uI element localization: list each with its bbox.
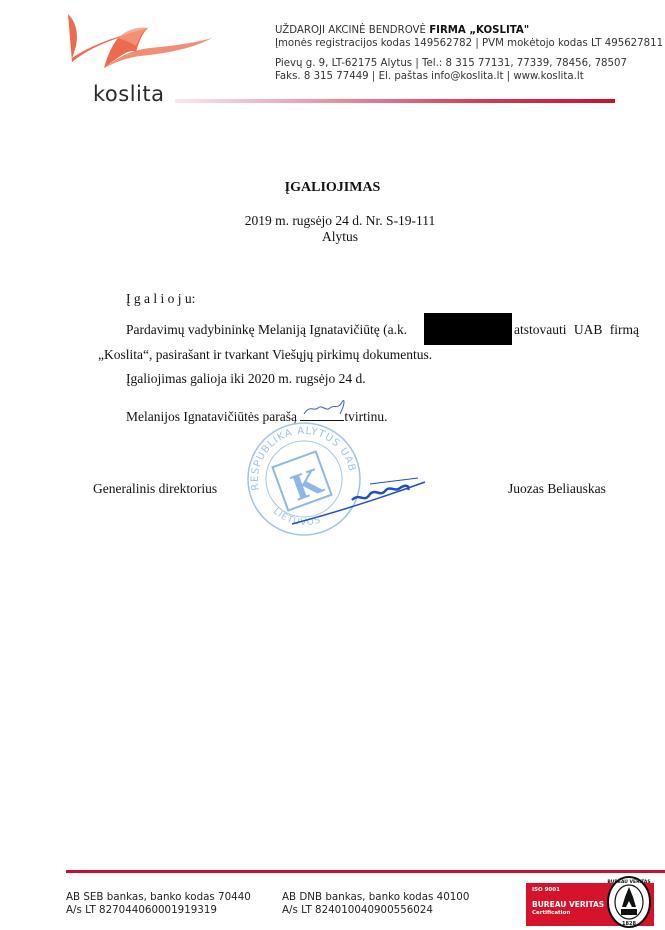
- bureau-veritas-seal-icon: BUREAU VERITAS 1828: [606, 875, 652, 929]
- document-place: Alytus: [0, 229, 665, 245]
- bank1-name: AB SEB bankas, banko kodas 70440: [66, 891, 251, 904]
- address-line: Pievų g. 9, LT-62175 Alytus | Tel.: 8 31…: [275, 57, 627, 70]
- document-title: ĮGALIOJIMAS: [0, 180, 665, 196]
- bank2-account: A/s LT 824010040900556024: [282, 904, 469, 917]
- registration-line: Įmonės registracijos kodas 149562782 | P…: [275, 37, 663, 50]
- company-name-line: UŽDAROJI AKCINĖ BENDROVĖ FIRMA „KOSLITA": [275, 24, 529, 37]
- company-type: UŽDAROJI AKCINĖ BENDROVĖ: [275, 25, 429, 36]
- redacted-personal-code: [424, 313, 512, 345]
- certification-badge: ISO 9001 BUREAU VERITAS Certification BU…: [526, 883, 654, 926]
- company-name: FIRMA „KOSLITA": [429, 25, 529, 36]
- director-signature: [290, 474, 430, 530]
- bank1-info: AB SEB bankas, banko kodas 70440 A/s LT …: [66, 891, 251, 917]
- signatory-title: Generalinis direktorius: [93, 481, 217, 497]
- header-divider: [175, 99, 615, 103]
- cert-iso: ISO 9001: [532, 887, 560, 893]
- cert-year: 1828: [622, 921, 636, 927]
- signatory-name: Juozas Beliauskas: [508, 481, 606, 497]
- svg-text:BUREAU VERITAS: BUREAU VERITAS: [607, 879, 650, 885]
- authorize-heading: Į g a l i o j u:: [126, 291, 195, 307]
- cert-name: BUREAU VERITAS: [532, 900, 604, 909]
- bank2-info: AB DNB bankas, banko kodas 40100 A/s LT …: [282, 891, 469, 917]
- bank1-account: A/s LT 827044060001919319: [66, 904, 251, 917]
- contact-line: Faks. 8 315 77449 | El. paštas info@kosl…: [275, 70, 584, 83]
- bank2-name: AB DNB bankas, banko kodas 40100: [282, 891, 469, 904]
- footer-divider: [66, 870, 665, 873]
- logo-wordmark: koslita: [93, 82, 164, 106]
- validity-text: Įgaliojimas galioja iki 2020 m. rugsėjo …: [126, 371, 366, 387]
- paragraph1-part2: atstovauti UAB firmą: [514, 322, 639, 338]
- company-logo: [60, 10, 220, 80]
- cert-sub: Certification: [532, 910, 570, 916]
- document-date-number: 2019 m. rugsėjo 24 d. Nr. S-19-111: [0, 213, 665, 229]
- paragraph1-line2: „Koslita“, pasirašant ir tvarkant Viešųj…: [98, 347, 432, 363]
- paragraph1-part1: Pardavimų vadybininkę Melaniją Ignatavič…: [126, 322, 407, 338]
